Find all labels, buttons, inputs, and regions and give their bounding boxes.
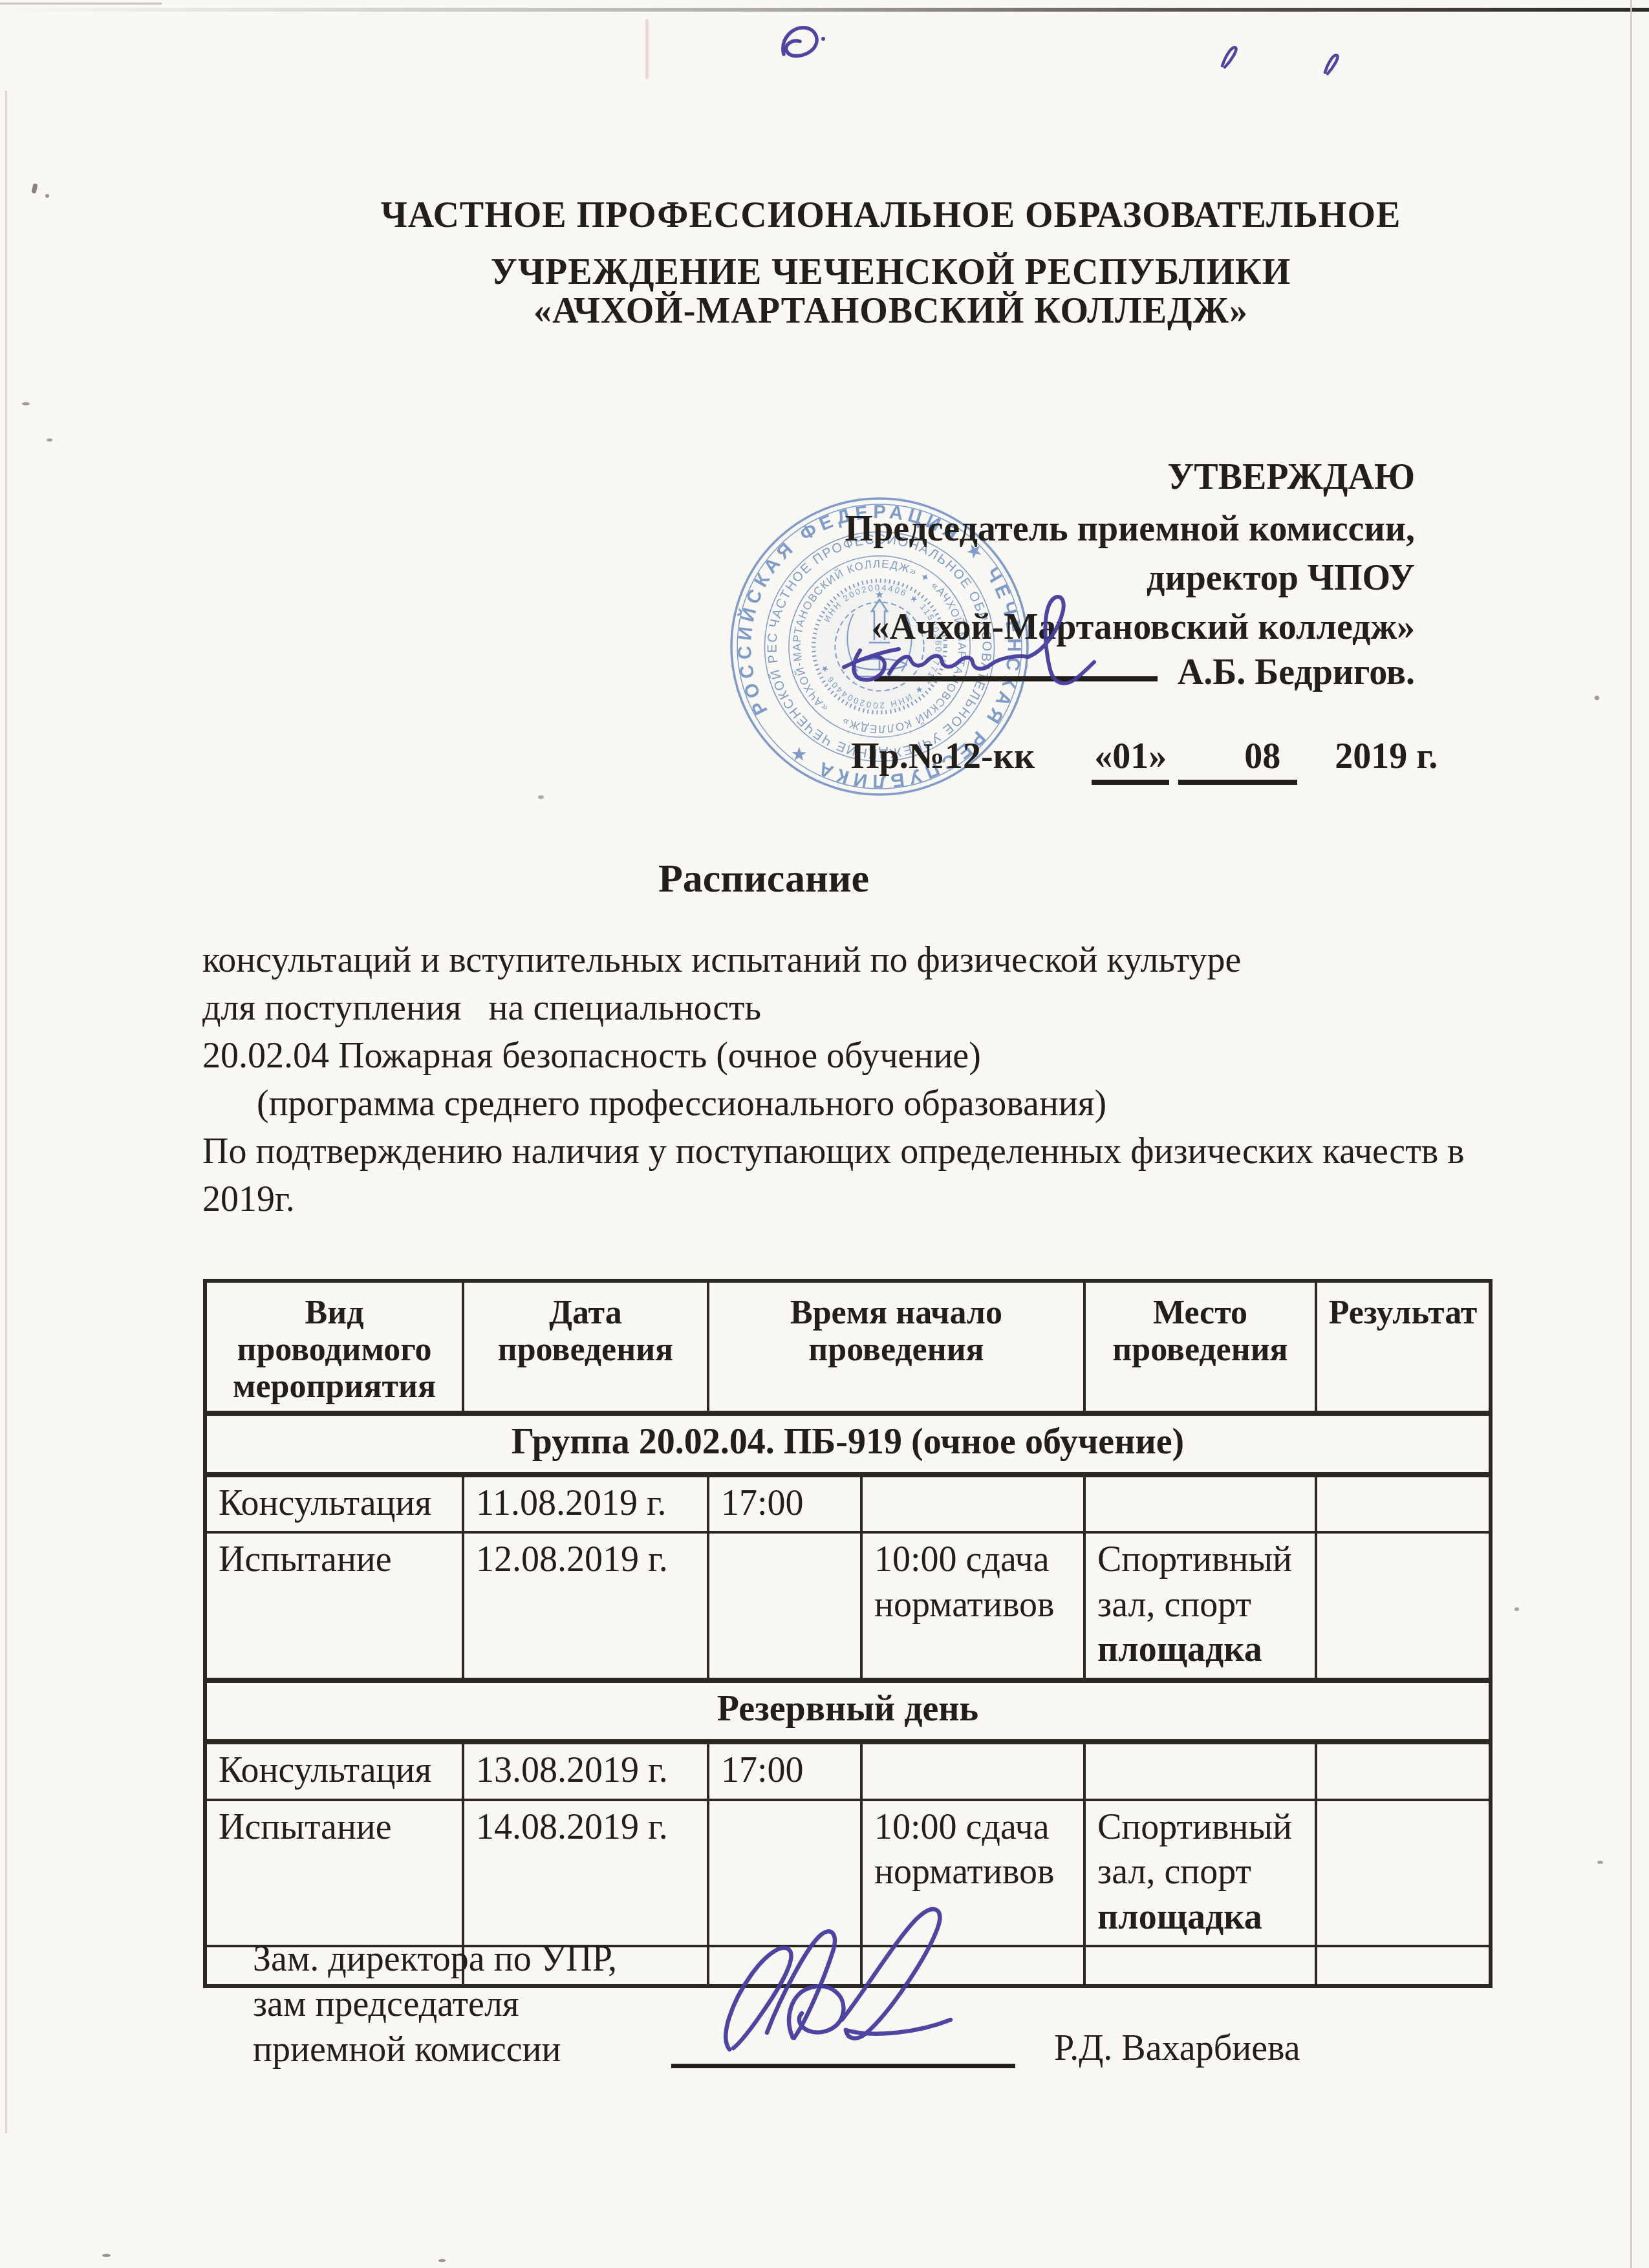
scan-speck bbox=[1597, 1861, 1603, 1864]
intro-line: для поступления на специальность bbox=[202, 984, 1625, 1032]
table-row-consultation: Консультация 13.08.2019 г. 17:00 bbox=[205, 1742, 1491, 1799]
intro-line: консультаций и вступительных испытаний п… bbox=[202, 936, 1625, 984]
footer-signer-name: Р.Д. Вахарбиева bbox=[1054, 2027, 1300, 2069]
cell-time-2 bbox=[861, 1742, 1084, 1799]
schedule-table-wrap: Вид проводимого мероприятия Дата проведе… bbox=[203, 1279, 1493, 1988]
cell-result bbox=[1316, 1742, 1491, 1799]
letterhead-line-2: УЧРЕЖДЕНИЕ ЧЕЧЕНСКОЙ РЕСПУБЛИКИ bbox=[242, 252, 1539, 292]
intro-line: (программа среднего профессионального об… bbox=[202, 1080, 1625, 1128]
intro-line: 2019г. bbox=[202, 1175, 1625, 1223]
scan-edge-top bbox=[0, 8, 1649, 12]
order-number: Пр.№12-кк bbox=[851, 736, 1035, 777]
scan-streak bbox=[645, 19, 649, 79]
cell-date: 11.08.2019 г. bbox=[463, 1475, 708, 1532]
intro-paragraph: консультаций и вступительных испытаний п… bbox=[202, 936, 1625, 1223]
cell-event-type: Испытание bbox=[205, 1532, 463, 1680]
scan-speck bbox=[102, 2254, 111, 2257]
ink-scribble-mark bbox=[775, 19, 832, 70]
order-day: «01» bbox=[1092, 736, 1169, 785]
cell-place: Спортивный зал, спорт площадка bbox=[1084, 1800, 1316, 1946]
cell-event-type: Консультация bbox=[205, 1475, 463, 1532]
group-band-row: Группа 20.02.04. ПБ-919 (очное обучение) bbox=[205, 1413, 1491, 1475]
cell-date: 13.08.2019 г. bbox=[463, 1742, 708, 1799]
order-date-line: Пр.№12-кк «01» 08 2019 г. bbox=[851, 736, 1438, 785]
scan-speck bbox=[538, 795, 544, 799]
header-result: Результат bbox=[1316, 1281, 1491, 1413]
scan-speck bbox=[1595, 696, 1599, 700]
intro-line: По подтверждению наличия у поступающих о… bbox=[202, 1128, 1625, 1175]
cell-place: Спортивный зал, спорт площадка bbox=[1084, 1532, 1316, 1680]
scan-edge-right bbox=[1630, 0, 1632, 2268]
director-signature bbox=[834, 590, 1170, 725]
scan-edge-left bbox=[5, 91, 7, 2134]
header-date: Дата проведения bbox=[463, 1281, 708, 1413]
ink-tick-mark bbox=[1322, 49, 1341, 78]
cell-event-type: Испытание bbox=[205, 1800, 463, 1946]
intro-line: 20.02.04 Пожарная безопасность (очное об… bbox=[202, 1032, 1625, 1080]
footer-position-line-2: зам председателя bbox=[253, 1985, 519, 2024]
cell-result bbox=[1316, 1475, 1491, 1532]
approval-line-chair: Председатель приемной комиссии, bbox=[639, 508, 1415, 550]
cell-date: 14.08.2019 г. bbox=[463, 1800, 708, 1946]
scan-speck bbox=[32, 183, 38, 193]
table-row-consultation: Консультация 11.08.2019 г. 17:00 bbox=[205, 1475, 1491, 1532]
group-band-label: Группа 20.02.04. ПБ-919 (очное обучение) bbox=[205, 1413, 1491, 1475]
cell-place bbox=[1084, 1475, 1316, 1532]
deputy-signature bbox=[710, 1894, 995, 2082]
cell-result bbox=[1316, 1800, 1491, 1946]
header-event-type: Вид проводимого мероприятия bbox=[205, 1281, 463, 1413]
cell-time-2 bbox=[861, 1475, 1084, 1532]
letterhead-line-1: ЧАСТНОЕ ПРОФЕССИОНАЛЬНОЕ ОБРАЗОВАТЕЛЬНОЕ bbox=[242, 195, 1539, 235]
table-header-row: Вид проводимого мероприятия Дата проведе… bbox=[205, 1281, 1491, 1413]
cell-time-1 bbox=[708, 1532, 861, 1680]
cell-time-1: 17:00 bbox=[708, 1475, 861, 1532]
approval-heading: УТВЕРЖДАЮ bbox=[639, 456, 1415, 498]
scan-speck bbox=[22, 402, 30, 405]
footer-position-line-3: приемной комиссии bbox=[253, 2030, 561, 2069]
cell-date: 12.08.2019 г. bbox=[463, 1532, 708, 1680]
scan-speck bbox=[45, 194, 49, 198]
cell-result bbox=[1316, 1532, 1491, 1680]
schedule-table: Вид проводимого мероприятия Дата проведе… bbox=[203, 1279, 1493, 1988]
scan-speck bbox=[1514, 1607, 1519, 1611]
scan-edge-top-left bbox=[0, 3, 162, 5]
ink-tick-mark bbox=[1218, 40, 1240, 71]
document-title: Расписание bbox=[586, 856, 942, 902]
cell-time-1: 17:00 bbox=[708, 1742, 861, 1799]
scan-speck bbox=[47, 438, 52, 442]
table-row-test: Испытание 12.08.2019 г. 10:00 сдача норм… bbox=[205, 1532, 1491, 1680]
cell-event-type: Консультация bbox=[205, 1742, 463, 1799]
order-month: 08 bbox=[1178, 736, 1297, 785]
cell-time-2: 10:00 сдача нормативов bbox=[861, 1532, 1084, 1680]
cell-place bbox=[1084, 1946, 1316, 1986]
scan-speck bbox=[438, 2259, 446, 2262]
header-place: Место проведения bbox=[1084, 1281, 1316, 1413]
letterhead-line-3: «АЧХОЙ-МАРТАНОВСКИЙ КОЛЛЕДЖ» bbox=[242, 291, 1539, 331]
header-start-time: Время начало проведения bbox=[708, 1281, 1084, 1413]
cell-place bbox=[1084, 1742, 1316, 1799]
cell-result bbox=[1316, 1946, 1491, 1986]
order-year: 2019 г. bbox=[1335, 736, 1438, 777]
reserve-band-label: Резервный день bbox=[205, 1680, 1491, 1742]
footer-position-line-1: Зам. директора по УПР, bbox=[253, 1940, 617, 1978]
reserve-band-row: Резервный день bbox=[205, 1680, 1491, 1742]
